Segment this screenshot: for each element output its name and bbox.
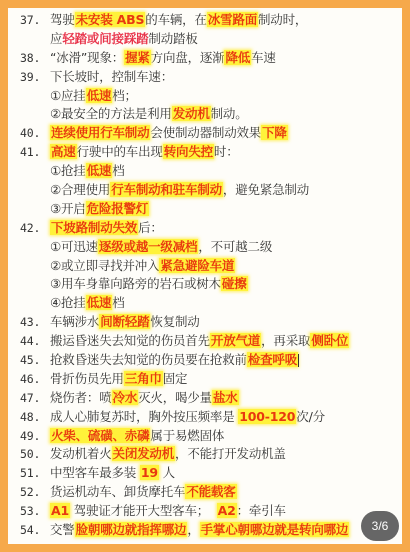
item-number: 37. [20,11,50,30]
item-number: 38. [20,49,50,68]
page-indicator-badge[interactable]: 3/6 [361,511,399,541]
highlighted-keyword: 检查呼吸 [247,352,298,367]
item-text: ②最安全的方法是利用 [50,106,172,121]
item-text: ，不可越二级 [198,239,272,254]
item-text: 档 [112,295,124,310]
item-text: 成人心肺复苏时，胸外按压频率是 [50,409,238,424]
highlighted-keyword: 发动机 [172,106,211,121]
list-item: 52.货运机动车、卸货摩托车不能载客 [20,483,398,502]
item-number: 54. [20,521,50,540]
highlighted-keyword: 行车制动和驻车制动 [110,182,223,197]
item-text: ②或立即寻找并冲入 [50,258,159,273]
list-item: ①可迅速逐级或越一级减档，不可越二级 [20,238,398,257]
list-item: 41.高速行驶中的车出现转向失控时： [20,143,398,162]
item-number: 51. [20,464,50,483]
item-text: ， [187,522,199,537]
item-text: 搬运昏迷失去知觉的伤员首先 [50,333,210,348]
list-item: ③开启危险报警灯 [20,200,398,219]
item-text: ②合理使用 [50,182,110,197]
item-text: 交警 [50,522,75,537]
item-text: 制动时， [258,12,307,27]
item-text: ，避免紧急制动 [223,182,309,197]
item-text: 人 [159,465,175,480]
list-item: 50.发动机着火关闭发动机，不能打开发动机盖 [20,445,398,464]
highlighted-keyword: 低速 [86,163,113,178]
highlighted-keyword: 脸朝哪边就指挥哪边 [75,522,188,537]
item-number: 52. [20,483,50,502]
item-number: 50. [20,445,50,464]
list-item: 应轻踏或间接踩踏制动踏板 [20,30,398,49]
highlighted-keyword: 危险报警灯 [86,201,150,216]
highlighted-keyword: 侧卧位 [310,333,349,348]
item-number: 40. [20,124,50,143]
list-item: ②或立即寻找并冲入紧急避险车道 [20,257,398,276]
item-text: 骨折伤员先用 [50,371,124,386]
highlighted-keyword: 手掌心朝哪边就是转向哪边 [200,522,350,537]
item-text: 恢复制动 [150,314,199,329]
highlighted-keyword: 关闭发动机 [112,446,176,461]
item-number: 41. [20,143,50,162]
item-text: 中型客车最多装 [50,465,140,480]
highlighted-keyword: 握紧 [124,50,151,65]
item-text: 制动踏板 [148,31,197,46]
list-item: 37.驾驶未安装 ABS的车辆，在冰雪路面制动时， [20,11,398,30]
highlighted-keyword: A2 [217,503,237,518]
highlighted-keyword: 火柴、硫磺、赤磷 [50,428,150,443]
item-text: ：牵引车 [237,503,286,518]
item-text: 抢救昏迷失去知觉的伤员要在抢救前 [50,352,247,367]
item-text: ，不能打开发动机盖 [175,446,286,461]
item-text: 时： [214,144,239,159]
list-item: 53.A1 驾驶证才能开大型客车； A2：牵引车 [20,502,398,521]
list-item: 43.车辆涉水间断轻踏恢复制动 [20,313,398,332]
item-text: 应 [50,31,62,46]
highlighted-keyword: 低速 [86,88,113,103]
list-item: 47.烧伤者：喷冷水灭火，喝少量盐水 [20,389,398,408]
highlighted-keyword: 开放气道 [210,333,261,348]
list-item: 40.连续使用行车制动会使制动器制动效果下降 [20,124,398,143]
highlighted-keyword: 低速 [86,295,113,310]
highlighted-keyword: 下坡路制动失效 [50,220,138,235]
list-item: ②最安全的方法是利用发动机制动。 [20,105,398,124]
highlighted-keyword: 高速 [50,144,77,159]
highlighted-keyword: 冷水 [112,390,139,405]
text-cursor [298,354,299,367]
item-text: ①应挂 [50,88,86,103]
item-text: 灭火，喝少量 [138,390,212,405]
item-text: 驾驶 [50,12,75,27]
highlighted-keyword: 连续使用行车制动 [50,125,150,140]
highlighted-keyword: A1 [50,503,70,518]
list-item: 38.“冰滑”现象：握紧方向盘，逐渐降低车速 [20,49,398,68]
highlighted-keyword: 间断轻踏 [99,314,150,329]
list-item: 49.火柴、硫磺、赤磷属于易燃固体 [20,427,398,446]
highlighted-keyword: 冰雪路面 [207,12,258,27]
list-item: ③用车身靠向路旁的岩石或树木碰擦 [20,275,398,294]
highlighted-keyword: 碰擦 [221,276,248,291]
list-item: 45.抢救昏迷失去知觉的伤员要在抢救前检查呼吸 [20,351,398,370]
item-text: ③用车身靠向路旁的岩石或树木 [50,276,221,291]
notes-card: 37.驾驶未安装 ABS的车辆，在冰雪路面制动时，应轻踏或间接踩踏制动踏板38.… [8,8,402,544]
highlighted-keyword: 逐级或越一级减档 [98,239,198,254]
item-text: 下长坡时，控制车速： [50,69,173,84]
list-item: ①应挂低速档； [20,87,398,106]
item-text: “冰滑”现象： [50,50,124,65]
highlighted-keyword: 未安装 ABS [75,12,146,27]
item-text: 档 [112,163,124,178]
item-text: 属于易燃固体 [150,428,224,443]
item-number: 46. [20,370,50,389]
item-text: 的车辆，在 [145,12,207,27]
highlighted-keyword: 19 [140,465,159,480]
item-text: 方向盘，逐渐 [151,50,225,65]
item-text: ④抢挂 [50,295,86,310]
item-text: ①可迅速 [50,239,98,254]
item-number: 47. [20,389,50,408]
highlighted-keyword: 不能载客 [185,484,236,499]
item-number: 44. [20,332,50,351]
list-item: ④抢挂低速档 [20,294,398,313]
list-item: 44.搬运昏迷失去知觉的伤员首先开放气道，再采取侧卧位 [20,332,398,351]
list-item: 39.下长坡时，控制车速： [20,68,398,87]
item-text: 车速 [251,50,276,65]
item-number: 43. [20,313,50,332]
item-text: 会使制动器制动效果 [150,125,261,140]
highlighted-keyword: 三角巾 [124,371,163,386]
highlighted-keyword: 转向失控 [163,144,214,159]
highlighted-keyword: 盐水 [212,390,239,405]
list-item: 54.交警脸朝哪边就指挥哪边，手掌心朝哪边就是转向哪边 [20,521,398,540]
item-number: 48. [20,408,50,427]
item-text: 行驶中的车出现 [77,144,163,159]
item-text: ①抢挂 [50,163,86,178]
item-text: 车辆涉水 [50,314,99,329]
highlighted-keyword: 紧急避险车道 [159,258,235,273]
item-number: 49. [20,427,50,446]
list-item: ①抢挂低速档 [20,162,398,181]
item-text: 驾驶证才能开大型客车； [70,503,217,518]
item-text: 制动。 [211,106,248,121]
item-text: 固定 [163,371,188,386]
item-number: 53. [20,502,50,521]
item-text: 档； [112,88,137,103]
item-text: 发动机着火 [50,446,112,461]
item-number: 42. [20,219,50,238]
list-item: 48.成人心肺复苏时，胸外按压频率是 100-120次/分 [20,408,398,427]
list-item: 42.下坡路制动失效后： [20,219,398,238]
list-item: 46.骨折伤员先用三角巾固定 [20,370,398,389]
item-number: 39. [20,68,50,87]
item-number: 45. [20,351,50,370]
highlighted-keyword: 下降 [261,125,288,140]
item-text: 次/分 [296,409,325,424]
highlighted-keyword: 降低 [224,50,251,65]
list-item: 51.中型客车最多装 19 人 [20,464,398,483]
emphasized-text: 轻踏或间接踩踏 [62,31,148,46]
item-text: 烧伤者：喷 [50,390,112,405]
item-text: ，再采取 [261,333,310,348]
highlighted-keyword: 100-120 [238,409,296,424]
item-text: 后： [138,220,163,235]
notes-list: 37.驾驶未安装 ABS的车辆，在冰雪路面制动时，应轻踏或间接踩踏制动踏板38.… [20,11,398,540]
item-text: ③开启 [50,201,86,216]
list-item: ②合理使用行车制动和驻车制动，避免紧急制动 [20,181,398,200]
item-text: 货运机动车、卸货摩托车 [50,484,185,499]
